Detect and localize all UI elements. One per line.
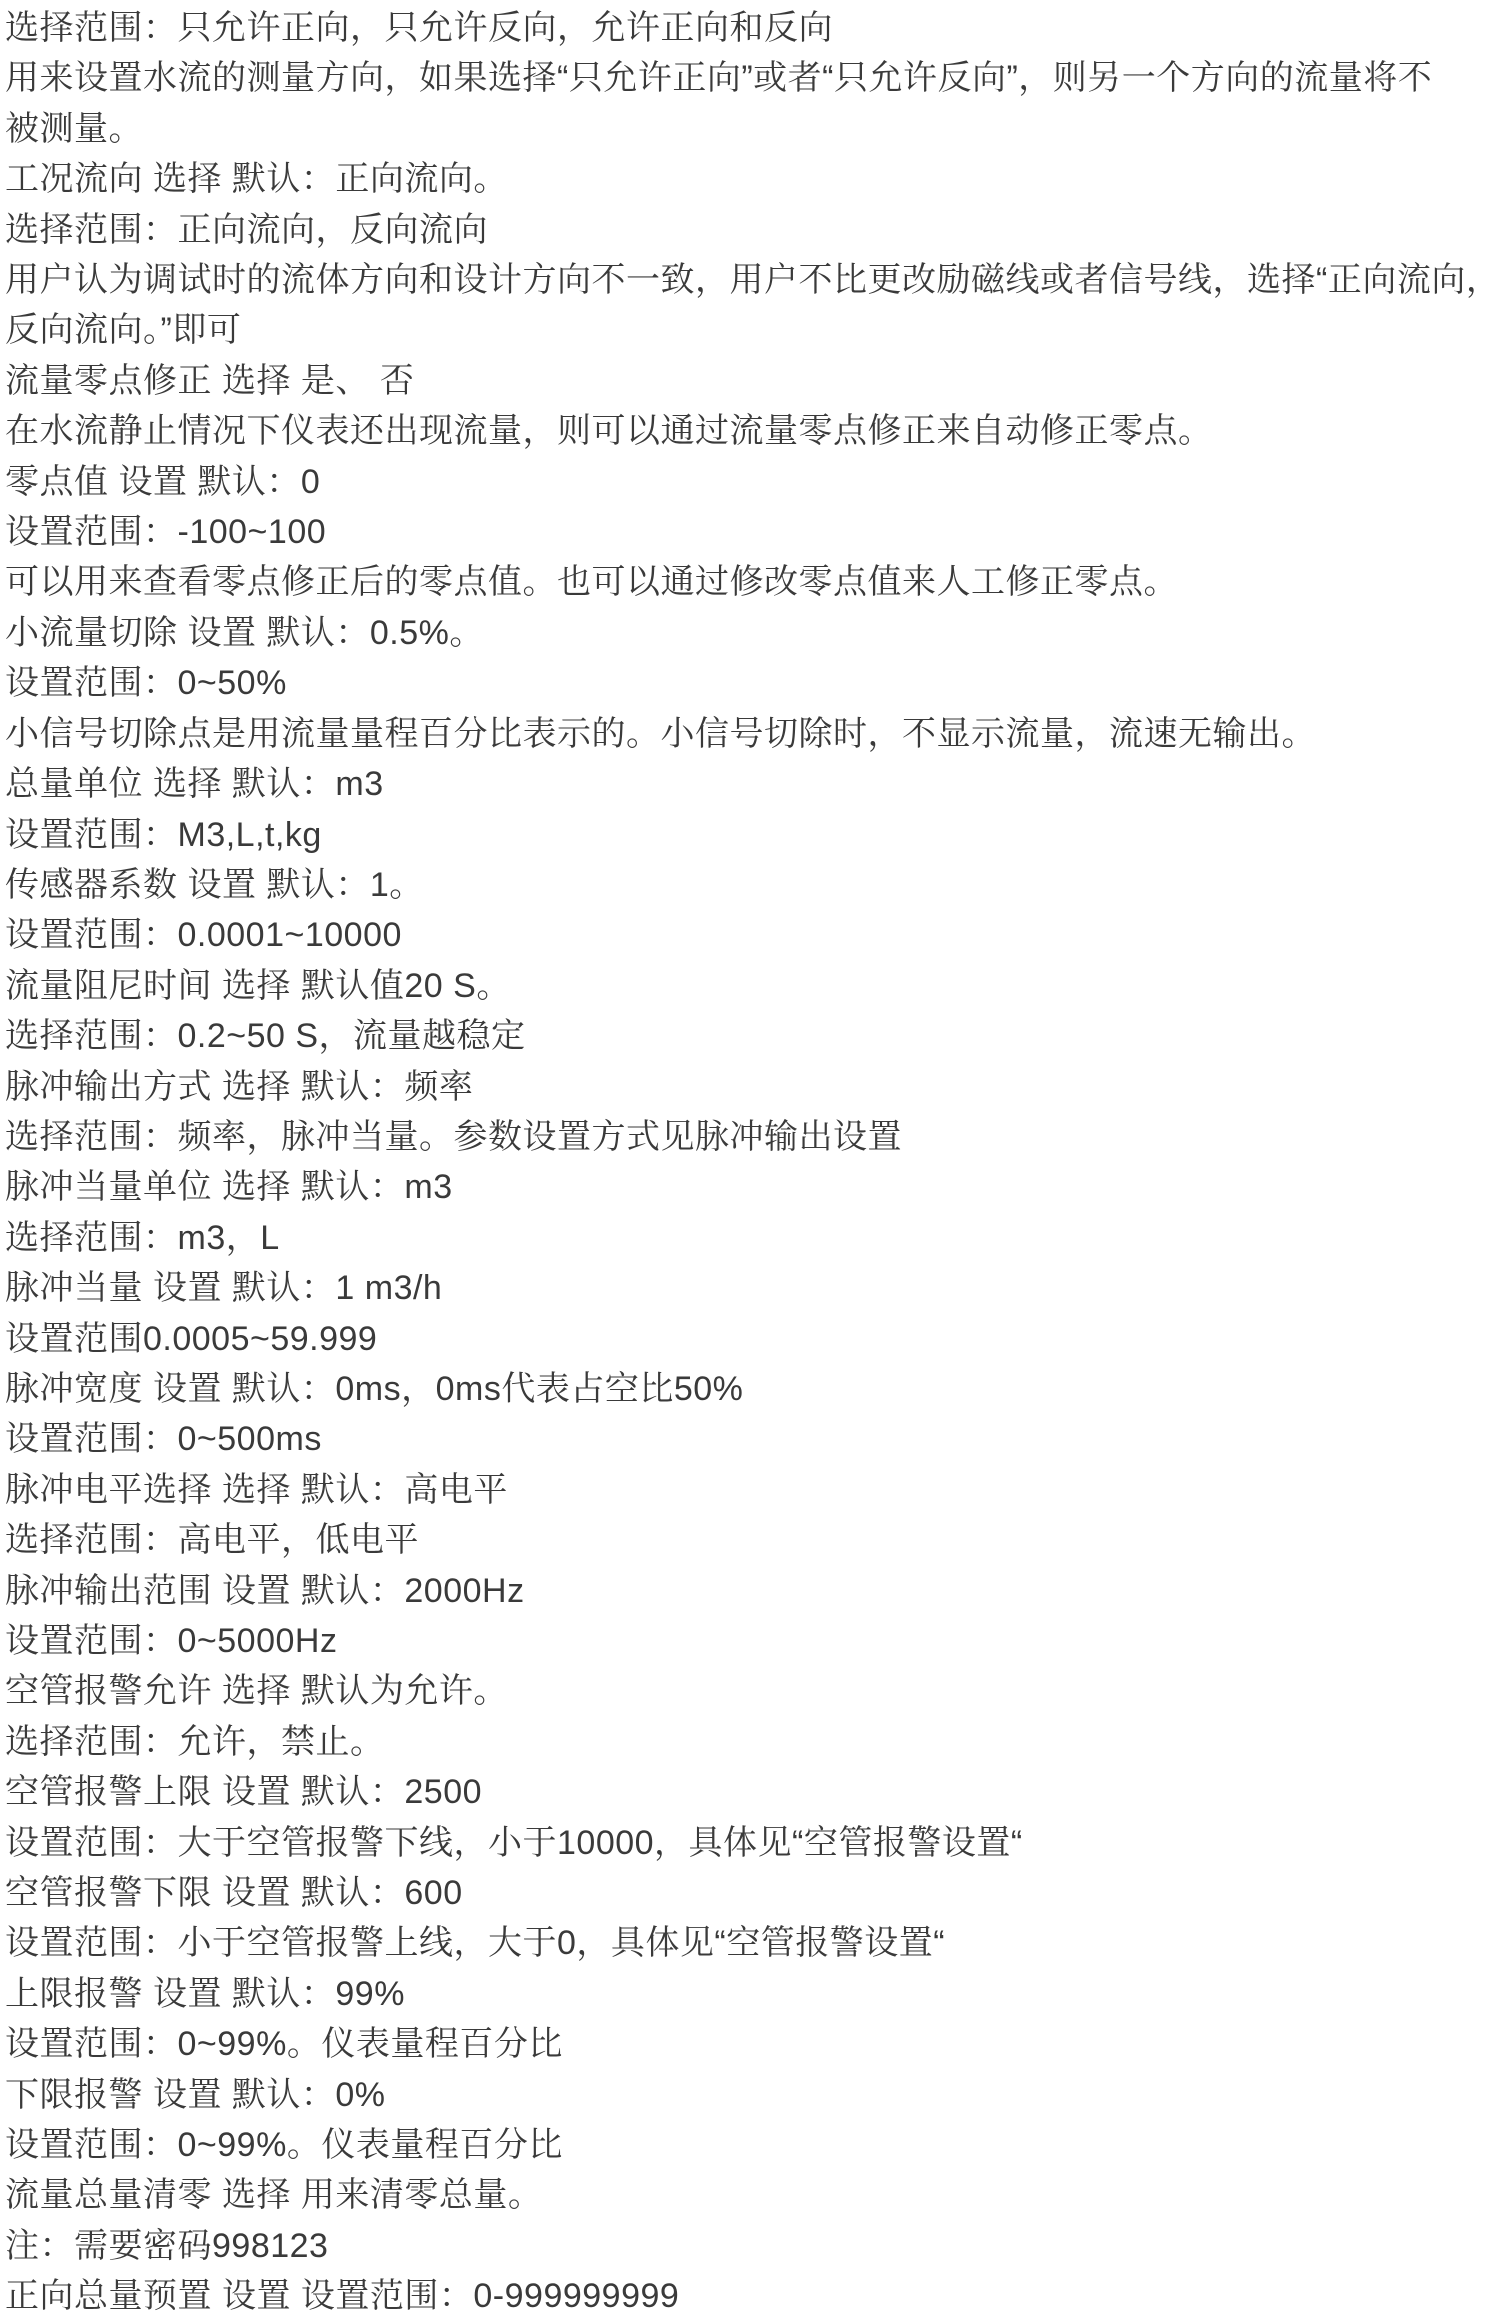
text-line: 选择范围：允许，禁止。 — [5, 1717, 1496, 1767]
text-line: 下限报警 设置 默认：0% — [5, 2070, 1496, 2120]
text-line: 设置范围：0~5000Hz — [5, 1616, 1496, 1666]
text-line: 被测量。 — [5, 104, 1496, 154]
text-line: 小信号切除点是用流量量程百分比表示的。小信号切除时，不显示流量，流速无输出。 — [5, 709, 1496, 759]
text-line: 流量阻尼时间 选择 默认值20 S。 — [5, 961, 1496, 1011]
text-line: 选择范围：高电平，低电平 — [5, 1515, 1496, 1565]
text-line: 设置范围：-100~100 — [5, 507, 1496, 557]
text-line: 空管报警下限 设置 默认：600 — [5, 1868, 1496, 1918]
text-line: 总量单位 选择 默认：m3 — [5, 759, 1496, 809]
text-line: 脉冲当量单位 选择 默认：m3 — [5, 1162, 1496, 1212]
text-line: 设置范围：0~500ms — [5, 1414, 1496, 1464]
manual-document-page: 选择范围：只允许正向，只允许反向，允许正向和反向用来设置水流的测量方向，如果选择… — [0, 0, 1500, 2322]
text-line: 可以用来查看零点修正后的零点值。也可以通过修改零点值来人工修正零点。 — [5, 557, 1496, 607]
text-line: 用户认为调试时的流体方向和设计方向不一致，用户不比更改励磁线或者信号线，选择“正… — [5, 255, 1496, 305]
text-line: 脉冲输出范围 设置 默认：2000Hz — [5, 1566, 1496, 1616]
text-line: 注：需要密码998123 — [5, 2221, 1496, 2271]
text-line: 设置范围0.0005~59.999 — [5, 1314, 1496, 1364]
text-line: 选择范围：0.2~50 S，流量越稳定 — [5, 1011, 1496, 1061]
text-line: 设置范围：0.0001~10000 — [5, 910, 1496, 960]
text-line: 选择范围：频率，脉冲当量。参数设置方式见脉冲输出设置 — [5, 1112, 1496, 1162]
text-line: 反向流向。”即可 — [5, 305, 1496, 355]
text-line: 脉冲输出方式 选择 默认：频率 — [5, 1062, 1496, 1112]
text-line: 零点值 设置 默认：0 — [5, 457, 1496, 507]
text-line: 脉冲当量 设置 默认：1 m3/h — [5, 1263, 1496, 1313]
text-line: 选择范围：m3，L — [5, 1213, 1496, 1263]
text-line: 在水流静止情况下仪表还出现流量，则可以通过流量零点修正来自动修正零点。 — [5, 406, 1496, 456]
manual-text-block: 选择范围：只允许正向，只允许反向，允许正向和反向用来设置水流的测量方向，如果选择… — [5, 3, 1496, 2322]
text-line: 设置范围：0~99%。仪表量程百分比 — [5, 2019, 1496, 2069]
text-line: 空管报警上限 设置 默认：2500 — [5, 1767, 1496, 1817]
text-line: 空管报警允许 选择 默认为允许。 — [5, 1666, 1496, 1716]
text-line: 设置范围：M3,L,t,kg — [5, 810, 1496, 860]
text-line: 工况流向 选择 默认：正向流向。 — [5, 154, 1496, 204]
text-line: 设置范围：小于空管报警上线，大于0，具体见“空管报警设置“ — [5, 1918, 1496, 1968]
text-line: 流量总量清零 选择 用来清零总量。 — [5, 2170, 1496, 2220]
text-line: 脉冲宽度 设置 默认：0ms，0ms代表占空比50% — [5, 1364, 1496, 1414]
text-line: 设置范围：0~50% — [5, 658, 1496, 708]
text-line: 设置范围：大于空管报警下线，小于10000，具体见“空管报警设置“ — [5, 1818, 1496, 1868]
text-line: 选择范围：正向流向，反向流向 — [5, 205, 1496, 255]
text-line: 用来设置水流的测量方向，如果选择“只允许正向”或者“只允许反向”，则另一个方向的… — [5, 53, 1496, 103]
text-line: 设置范围：0~99%。仪表量程百分比 — [5, 2120, 1496, 2170]
text-line: 传感器系数 设置 默认：1。 — [5, 860, 1496, 910]
text-line: 上限报警 设置 默认：99% — [5, 1969, 1496, 2019]
text-line: 选择范围：只允许正向，只允许反向，允许正向和反向 — [5, 3, 1496, 53]
text-line: 脉冲电平选择 选择 默认：高电平 — [5, 1465, 1496, 1515]
text-line: 小流量切除 设置 默认：0.5%。 — [5, 608, 1496, 658]
text-line: 正向总量预置 设置 设置范围：0-999999999 — [5, 2271, 1496, 2321]
text-line: 流量零点修正 选择 是、 否 — [5, 356, 1496, 406]
